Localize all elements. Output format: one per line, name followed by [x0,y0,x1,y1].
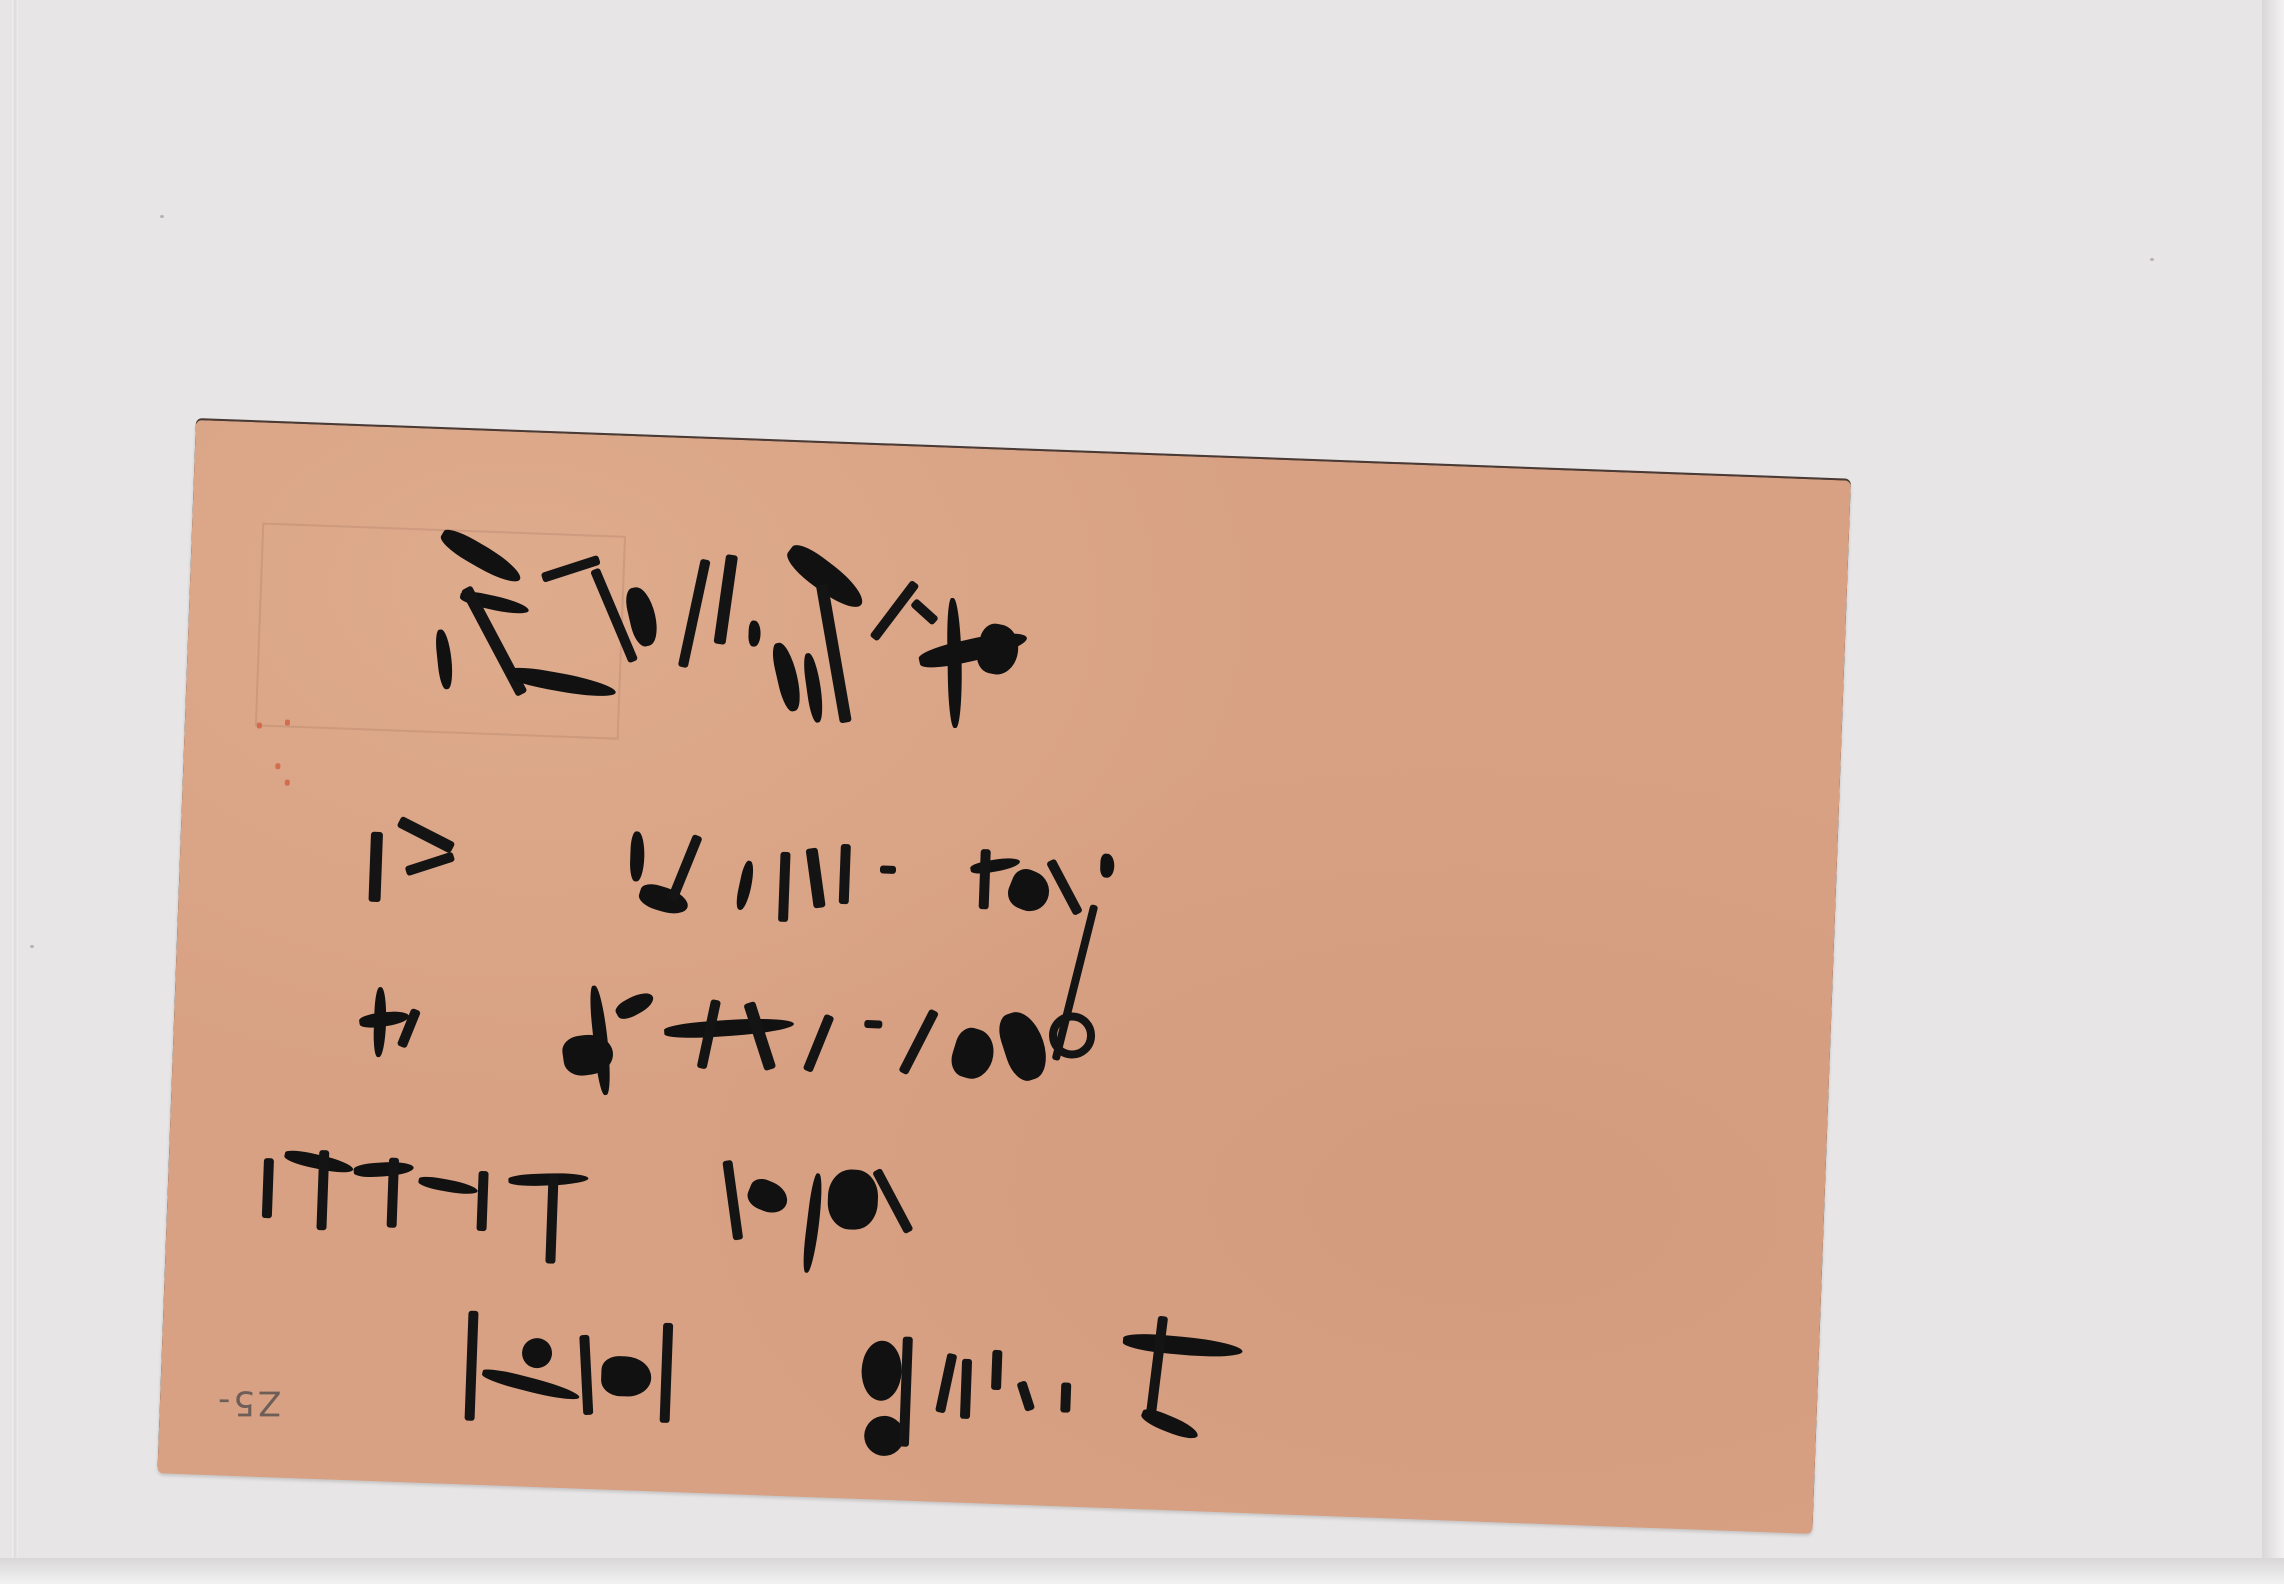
scanner-edge-bottom [0,1558,2284,1584]
dust-speck [30,945,34,948]
scanner-edge-right [2262,0,2284,1584]
red-ink-dot [275,763,280,769]
scanner-edge-left [12,0,18,1584]
calligraphy-row-1 [196,420,1851,481]
red-ink-dot [285,719,290,725]
red-ink-dot [257,722,262,728]
red-ink-dot [285,779,290,785]
calligraphy-row-4 [196,420,1851,481]
dust-speck [2150,258,2154,261]
calligraphy-row-5 [196,420,1851,481]
pencil-inventory-note: Z5- [215,1383,281,1423]
calligraphy-row-2 [196,420,1851,481]
postcard: Handwritten sōsho (cursive) Japanese bru… [157,420,1851,1534]
dust-speck [160,215,164,218]
calligraphy-row-3 [196,420,1851,481]
